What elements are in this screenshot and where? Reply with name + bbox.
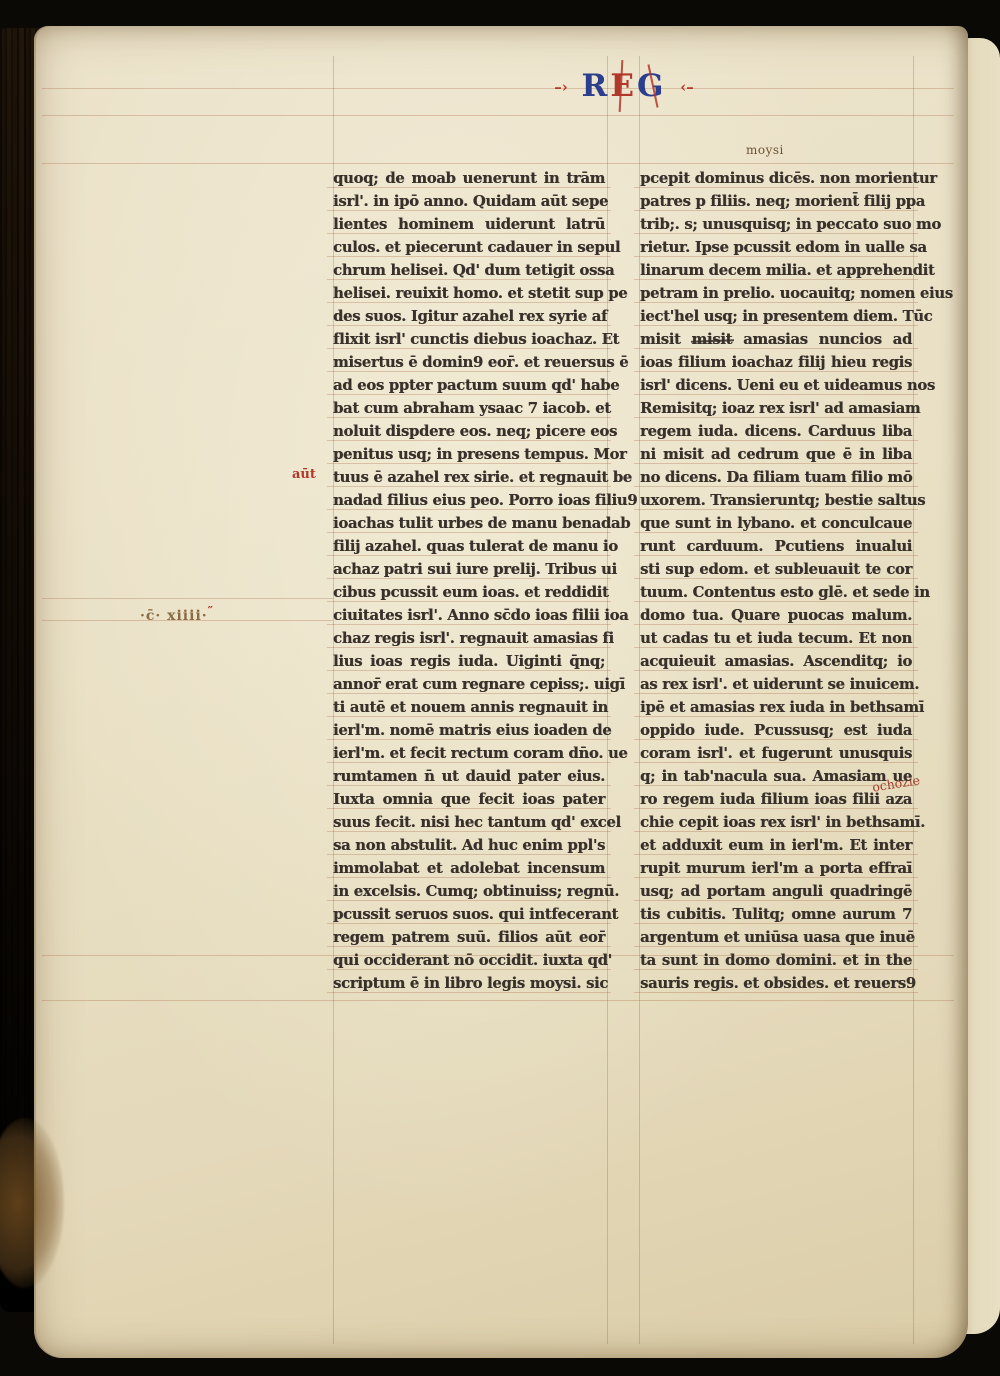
text-line: sauris regis. et obsides. et reuers9 <box>640 973 912 996</box>
text-line: des suos. Igitur azahel rex syrie af <box>333 306 605 329</box>
text-line: usq; ad portam anguli quadringē <box>640 881 912 904</box>
text-line: sa non abstulit. Ad huc enim ppl's <box>333 835 605 858</box>
text-line: bat cum abraham ysaac 7 iacob. et <box>333 398 605 421</box>
text-line: Iuxta omnia que fecit ioas pater <box>333 789 605 812</box>
rubric-flourish: –› <box>554 78 568 96</box>
text-line: tis cubitis. Tulitq; omne aurum 7 <box>640 904 912 927</box>
text-line: uxorem. Transieruntq; bestie saltus <box>640 490 912 513</box>
text-line: patres p filiis. neq; morient̄ filij ppa <box>640 191 912 214</box>
ruling-horizontal-line <box>42 163 954 164</box>
text-line: Remisitq; ioaz rex isrl' ad amasiam <box>640 398 912 421</box>
text-line: immolabat et adolebat incensum <box>333 858 605 881</box>
text-line: no dicens. Da filiam tuam filio mō <box>640 467 912 490</box>
running-title-letter: R <box>582 68 611 104</box>
text-line: cibus pcussit eum ioas. et reddidit <box>333 582 605 605</box>
text-line: iect'hel usq; in presentem diem. Tūc <box>640 306 912 329</box>
text-line: chie cepit ioas rex isrl' in bethsamī. <box>640 812 912 835</box>
word: amasias <box>743 331 808 348</box>
ruling-horizontal-line <box>42 1000 954 1001</box>
text-line: isrl' dicens. Ueni eu et uideamus nos <box>640 375 912 398</box>
text-line: culos. et piecerunt cadauer in sepul <box>333 237 605 260</box>
text-line: flixit isrl' cunctis diebus ioachaz. Et <box>333 329 605 352</box>
text-line: pcepit dominus dicēs. non morientur <box>640 168 912 191</box>
text-column-left: quoq; de moab uenerunt in trāmisrl'. in … <box>333 168 605 996</box>
marginal-note-aut: aūt <box>292 467 316 482</box>
text-line: ti autē et nouem annis regnauit in <box>333 697 605 720</box>
text-line: sti sup edom. et subleuauit te cor <box>640 559 912 582</box>
text-line: lius ioas regis iuda. Uiginti q̄nq; <box>333 651 605 674</box>
text-line: ioas filium ioachaz filij hieu regis <box>640 352 912 375</box>
ruling-horizontal-line <box>42 88 954 89</box>
text-line: ad eos ppter pactum suum qd' habe <box>333 375 605 398</box>
running-title-letter: E <box>610 68 637 104</box>
text-line: regem patrem suū. filios aūt eor̄ <box>333 927 605 950</box>
text-line: misit misit amasias nuncios ad <box>640 329 912 352</box>
text-line: qui occiderant nō occidit. iuxta qd' <box>333 950 605 973</box>
text-line: argentum et uniūsa uasa que inuē <box>640 927 912 950</box>
text-line: runt carduum. Pcutiens inualui <box>640 536 912 559</box>
text-line: ciuitates isrl'. Anno sc̄do ioas filii i… <box>333 605 605 628</box>
text-line: isrl'. in ipō anno. Quidam aūt sepe <box>333 191 605 214</box>
text-line: tuum. Contentus esto glē. et sede in <box>640 582 912 605</box>
expunged-word: misit <box>692 331 733 348</box>
text-line: rietur. Ipse pcussit edom in ualle sa <box>640 237 912 260</box>
text-line: filij azahel. quas tulerat de manu io <box>333 536 605 559</box>
word: ad <box>893 331 912 348</box>
text-line: lientes hominem uiderunt latrū <box>333 214 605 237</box>
text-line: ierl'm. nomē matris eius ioaden de <box>333 720 605 743</box>
chapter-number-text: ·c̄· xiiii· <box>140 608 208 624</box>
text-line: acquieuit amasias. Ascenditq; io <box>640 651 912 674</box>
ruling-horizontal-line <box>42 115 954 116</box>
word: nuncios <box>819 331 882 348</box>
word: misit <box>640 331 681 348</box>
text-line: nadad filius eius peo. Porro ioas filiu9 <box>333 490 605 513</box>
text-line: in excelsis. Cumq; obtinuiss; regnū. <box>333 881 605 904</box>
text-line: ut cadas tu et iuda tecum. Et non <box>640 628 912 651</box>
ruling-horizontal-line <box>42 598 333 599</box>
text-line: scriptum ē in libro legis moysi. sic <box>333 973 605 996</box>
text-line: ipē et amasias rex iuda in bethsamī <box>640 697 912 720</box>
manuscript-page: –› REG ‹– aūt ·c̄· xiiii·″ moysi ochozie… <box>34 26 968 1358</box>
text-line: noluit dispdere eos. neq; picere eos <box>333 421 605 444</box>
text-line: annor̄ erat cum regnare cepiss;. uigī <box>333 674 605 697</box>
text-line: trib;. s; unusquisq; in peccato suo mo <box>640 214 912 237</box>
text-column-right: pcepit dominus dicēs. non morienturpatre… <box>640 168 912 996</box>
text-line: ioachas tulit urbes de manu benadab <box>333 513 605 536</box>
interlinear-gloss-moysi: moysi <box>746 143 784 157</box>
text-line: as rex isrl'. et uiderunt se inuicem. <box>640 674 912 697</box>
text-line: pcussit seruos suos. qui intfecerant <box>333 904 605 927</box>
text-line: chaz regis isrl'. regnauit amasias fi <box>333 628 605 651</box>
text-line: linarum decem milia. et apprehendit <box>640 260 912 283</box>
text-line: suus fecit. nisi hec tantum qd' excel <box>333 812 605 835</box>
text-line: helisei. reuixit homo. et stetit sup pe <box>333 283 605 306</box>
text-line: q; in tab'nacula sua. Amasiam ue <box>640 766 912 789</box>
rubric-flourish: ‹– <box>680 78 694 96</box>
running-title: –› REG ‹– <box>534 68 714 105</box>
text-line: rumtamen n̄ ut dauid pater eius. <box>333 766 605 789</box>
text-line: petram in prelio. uocauitq; nomen eius <box>640 283 912 306</box>
text-line: regem iuda. dicens. Carduus liba <box>640 421 912 444</box>
text-line: ierl'm. et fecit rectum coram dn̄o. ue <box>333 743 605 766</box>
manuscript-photo: –› REG ‹– aūt ·c̄· xiiii·″ moysi ochozie… <box>0 0 1000 1376</box>
text-line: tuus ē azahel rex sirie. et regnauit be <box>333 467 605 490</box>
text-line: oppido iude. Pcussusq; est iuda <box>640 720 912 743</box>
text-line: chrum helisei. Qd' dum tetigit ossa <box>333 260 605 283</box>
text-line: et adduxit eum in ierl'm. Et inter <box>640 835 912 858</box>
chapter-number-note: ·c̄· xiiii·″ <box>140 604 214 624</box>
text-line: ro regem iuda filium ioas filii aza <box>640 789 912 812</box>
text-line: achaz patri sui iure prelij. Tribus ui <box>333 559 605 582</box>
text-line: que sunt in lybano. et conculcaue <box>640 513 912 536</box>
text-line: coram isrl'. et fugerunt unusquis <box>640 743 912 766</box>
text-line: quoq; de moab uenerunt in trām <box>333 168 605 191</box>
text-line: domo tua. Quare puocas malum. <box>640 605 912 628</box>
chapter-note-flourish: ″ <box>208 604 214 618</box>
text-line: ta sunt in domo domini. et in the <box>640 950 912 973</box>
text-line: rupit murum ierl'm a porta effraī <box>640 858 912 881</box>
text-line: ni misit ad cedrum que ē in liba <box>640 444 912 467</box>
text-line: misertus ē domin9 eor̄. et reuersus ē <box>333 352 605 375</box>
text-line: penitus usq; in presens tempus. Mor <box>333 444 605 467</box>
